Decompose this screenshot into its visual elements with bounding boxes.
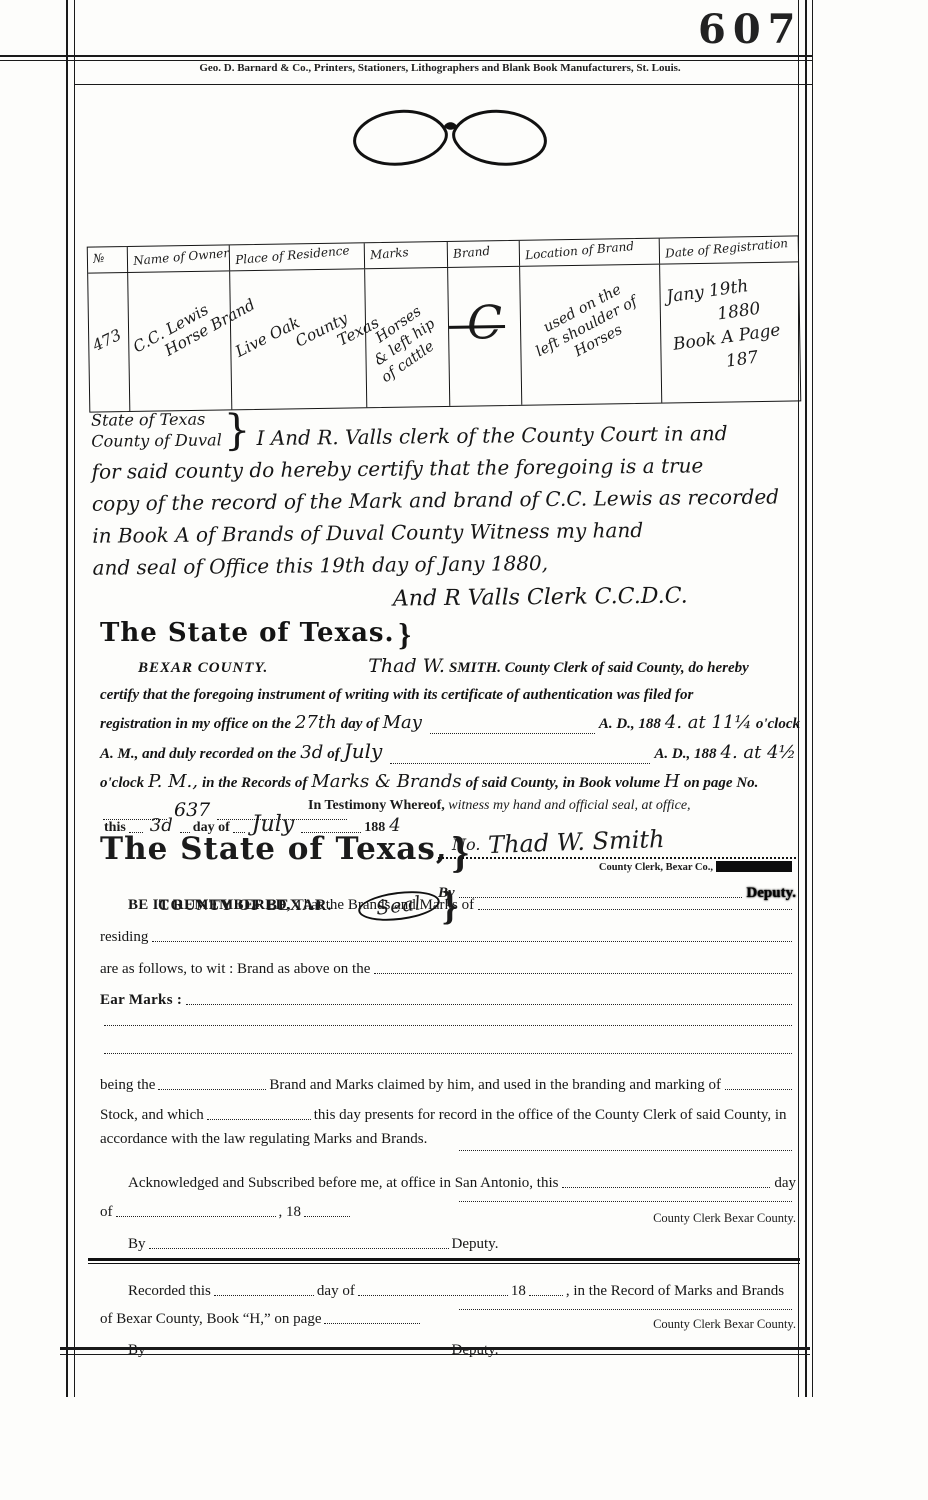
header-location: Location of Brand [520,239,660,266]
duval-line-4: in Book A of Brands of Duval County Witn… [92,516,806,547]
dotted-blank [149,1245,449,1249]
dotted-blank [459,1306,792,1310]
bexar-county-label: BEXAR COUNTY. [138,655,268,682]
dotted-blank [430,730,595,734]
page-number: 607 [698,6,803,53]
bottom-rule-light [60,1354,810,1355]
recorded-line: Recorded this day of 18 , in the Record … [100,1283,796,1300]
ack-by-line: By Deputy. [100,1236,796,1253]
form-asfollows-line: are as follows, to wit : Brand as above … [100,961,796,978]
cell-registration: Jany 19th 1880 Book A Page 187 [660,262,800,402]
ack-clerk-label: County Clerk Bexar County. [455,1211,804,1226]
dotted-blank [116,1213,276,1217]
page-border-right-outer [812,0,813,1397]
form-residing-line: residing [100,929,796,946]
duval-line-1: I And R. Valls clerk of the County Court… [256,421,727,450]
dotted-blank [529,1292,563,1296]
header-no: № [88,247,128,273]
dotted-blank [104,1050,792,1054]
form-being-line: being the Brand and Marks claimed by him… [100,1077,796,1094]
bexar-filing-brace: } [398,616,411,652]
duval-line-3: copy of the record of the Mark and brand… [92,484,806,515]
duval-certificate: State of Texas County of Duval } I And R… [91,402,807,614]
left-lobe-outline [355,111,447,164]
deputy-label: Deputy. [746,885,796,902]
cell-location: used on the left shoulder of Horses [520,265,662,405]
clerk-signature-line: No. Thad W. Smith [438,828,796,859]
bexar-heading: The State of Texas, } COUNTY OF BEXAR. S… [100,827,469,929]
dotted-blank [301,829,361,833]
table-row: 473 C.C. Lewis Horse Brand Live Oak Coun… [88,262,800,411]
document-sheet: 607 Geo. D. Barnard & Co., Printers, Sta… [0,0,928,1500]
dotted-blank [233,829,245,833]
recorded-clerk-label: County Clerk Bexar County. [455,1317,804,1332]
clerk-stamp: County Clerk, Bexar Co., [438,861,796,873]
county-of-bexar-label: COUNTY OF BEXAR. [158,897,332,915]
page-border-left-inner [74,0,75,1397]
brand-sketch [333,100,567,180]
bottom-rule-heavy [60,1347,810,1350]
cell-owner: C.C. Lewis Horse Brand [128,271,232,411]
clerk-name-script: Thad W. [368,653,445,680]
bar-c-brand-icon: C [467,295,503,350]
form-blank-line-2 [100,1050,796,1058]
dotted-blank [725,1086,792,1090]
filing-line-1: County Clerk of said County, do hereby [505,655,749,682]
printer-rule [75,84,812,85]
recorded-by-line: By Deputy. [100,1342,796,1359]
dotted-blank [459,894,743,898]
header-marks: Marks [365,242,448,268]
dotted-blank [104,1022,792,1026]
page-border-right-mid [805,0,807,1397]
cell-marks: Horses & left hip of cattle [365,268,450,407]
page-border-left-outer [66,0,68,1397]
dotted-blank [390,760,650,764]
clerk-signature: Thad W. Smith [488,825,665,859]
recorded-book-line: of Bexar County, Book “H,” on page [100,1311,450,1328]
signature-block: No. Thad W. Smith County Clerk, Bexar Co… [438,828,796,902]
dotted-blank [324,1320,420,1324]
header-residence: Place of Residence [230,243,365,270]
form-earmarks-line: Ear Marks : [100,992,796,1009]
dotted-blank [358,1292,508,1296]
dotted-blank [180,829,190,833]
ack-line: Acknowledged and Subscribed before me, a… [100,1175,796,1192]
duval-county: County of Duval [91,429,222,451]
redaction-mark [716,861,792,872]
top-rule-heavy [0,55,813,57]
dotted-blank [207,1116,311,1120]
recorded-signature-blank [455,1306,796,1314]
form-signature-blank [455,1147,796,1155]
dotted-blank [304,1213,350,1217]
dotted-blank [374,970,792,974]
filing-line-4: A. M., and duly recorded on the 3d of Ju… [100,738,800,768]
no-label: No. [452,835,480,854]
printer-line: Geo. D. Barnard & Co., Printers, Station… [90,62,790,74]
top-rule-light [0,60,813,61]
clerk-name-print: SMITH. [449,655,501,682]
bexar-filing: The State of Texas. } BEXAR COUNTY. Thad… [100,616,800,824]
header-owner: Name of Owner [128,245,230,272]
form-stock-line: Stock, and which this day presents for r… [100,1107,796,1124]
filing-line-3: registration in my office on the 27th da… [100,709,800,738]
dotted-blank [186,1001,792,1005]
section-divider-light [88,1263,800,1264]
cell-residence: Live Oak County Texas [230,269,367,409]
signature-by-line: By Deputy. [438,885,796,902]
duval-signature: And R Valls Clerk C.C.D.C. [393,582,807,611]
by-label: By [438,885,455,902]
form-accordance-line: accordance with the law regulating Marks… [100,1131,796,1148]
dotted-blank [478,906,792,910]
seal-mark: Seal [357,887,441,925]
ack-signature-blank [455,1198,796,1206]
form-blank-line-1 [100,1022,796,1030]
cell-brand: C [448,267,522,406]
header-brand: Brand [448,241,520,267]
duval-line-5: and seal of Office this 19th day of Jany… [92,548,806,579]
dotted-blank [152,938,792,942]
cell-no: 473 [88,273,130,412]
dotted-blank [562,1184,770,1188]
ack-of-line: of , 18 [100,1204,450,1221]
dotted-blank [459,1198,792,1202]
dotted-blank [129,829,143,833]
right-lobe-outline [454,111,546,164]
dotted-blank [214,1292,314,1296]
duval-brace: } [223,410,250,450]
header-registration: Date of Registration [660,236,798,263]
filing-line-5: o'clock P. M., in the Records of Marks &… [100,768,800,797]
brands-table: № Name of Owner Place of Residence Marks… [87,235,802,412]
dotted-blank [158,1086,266,1090]
filing-line-2: certify that the foregoing instrument of… [100,682,693,709]
dotted-blank [459,1147,792,1151]
bexar-filing-title: The State of Texas. [100,618,395,648]
section-divider-heavy [88,1258,800,1261]
duval-line-2: for said county do hereby certify that t… [91,452,805,483]
duval-state: State of Texas [91,408,222,430]
